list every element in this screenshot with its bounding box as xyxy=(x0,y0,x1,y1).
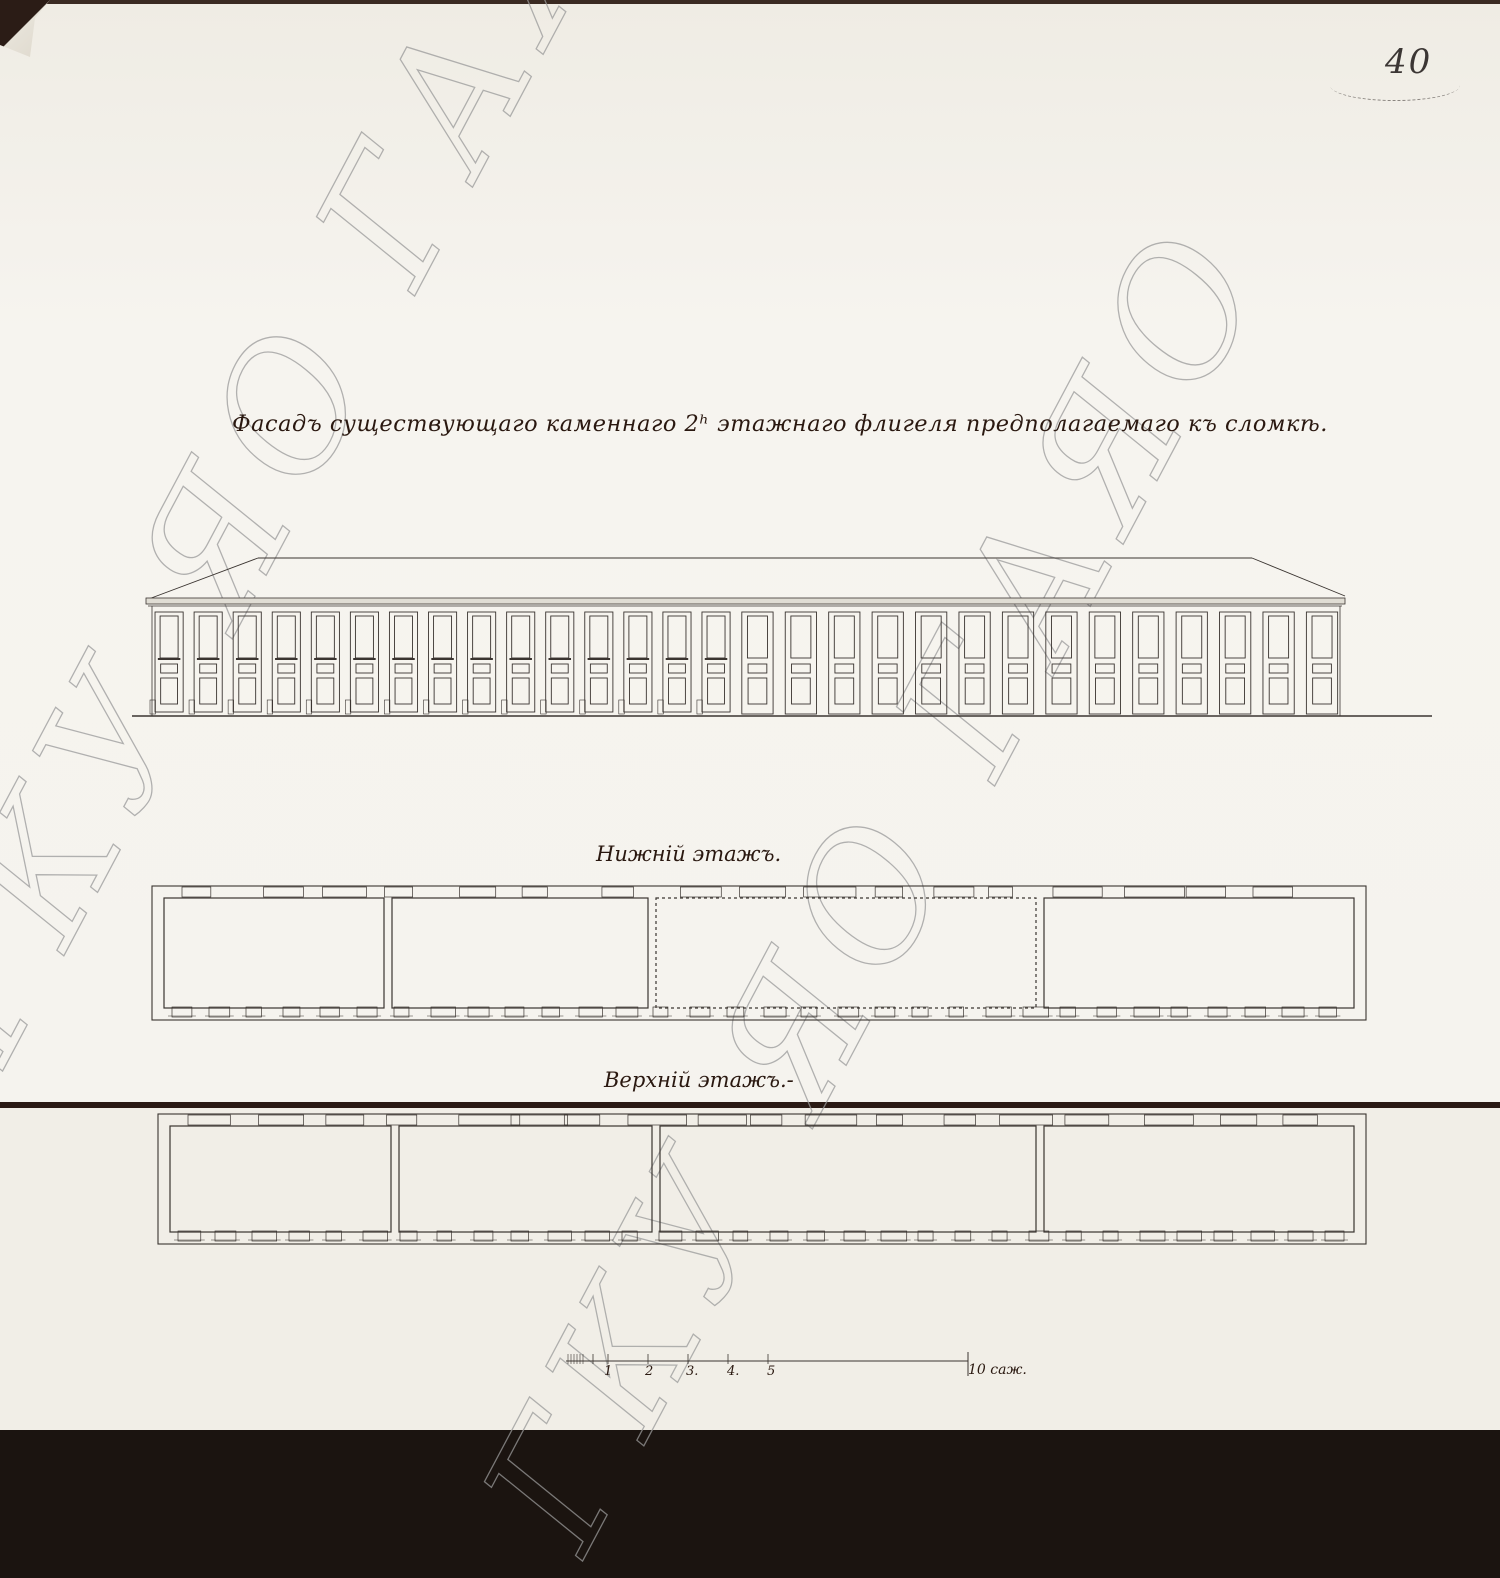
facade-bay xyxy=(306,612,339,714)
scale-tick-label: 2 xyxy=(645,1364,653,1379)
facade-bay xyxy=(742,612,773,714)
drawing-sheet: ГКУ ЯО ГАЯО ГКУ ЯО ГАЯО 40 Фасадъ сущест… xyxy=(0,0,1500,1430)
upper-floor-plan xyxy=(158,1114,1366,1244)
facade-bay xyxy=(1089,612,1120,714)
facade-bay xyxy=(541,612,574,714)
architectural-drawing xyxy=(0,0,1500,1430)
scale-unit-label: 10 саж. xyxy=(968,1362,1027,1378)
facade-bay xyxy=(1263,612,1294,714)
facade-bay xyxy=(959,612,990,714)
facade-bay xyxy=(916,612,947,714)
facade-bay xyxy=(580,612,613,714)
scale-tick-label: 3. xyxy=(686,1364,698,1379)
facade-bay xyxy=(1133,612,1164,714)
lower-floor-plan xyxy=(152,886,1366,1020)
facade-bay xyxy=(619,612,652,714)
facade-bay xyxy=(1002,612,1033,714)
facade-bay xyxy=(785,612,816,714)
scale-tick-label: 1 xyxy=(604,1364,612,1379)
facade-bay xyxy=(658,612,691,714)
scale-tick-label: 4. xyxy=(727,1364,739,1379)
facade-bay xyxy=(1306,612,1337,714)
facade-bay xyxy=(228,612,261,714)
facade-bay xyxy=(1176,612,1207,714)
scale-tick-label: 5 xyxy=(767,1364,775,1379)
facade-bay xyxy=(697,612,730,714)
facade-bay xyxy=(150,612,183,714)
facade-bay xyxy=(267,612,300,714)
facade-bay xyxy=(423,612,456,714)
facade-bay xyxy=(463,612,496,714)
facade-bay xyxy=(502,612,535,714)
facade-bay xyxy=(345,612,378,714)
facade-bay xyxy=(1046,612,1077,714)
facade-bay xyxy=(829,612,860,714)
facade-bay xyxy=(384,612,417,714)
facade-bay xyxy=(872,612,903,714)
facade-bay xyxy=(1220,612,1251,714)
facade-elevation xyxy=(132,558,1432,716)
facade-bay xyxy=(189,612,222,714)
